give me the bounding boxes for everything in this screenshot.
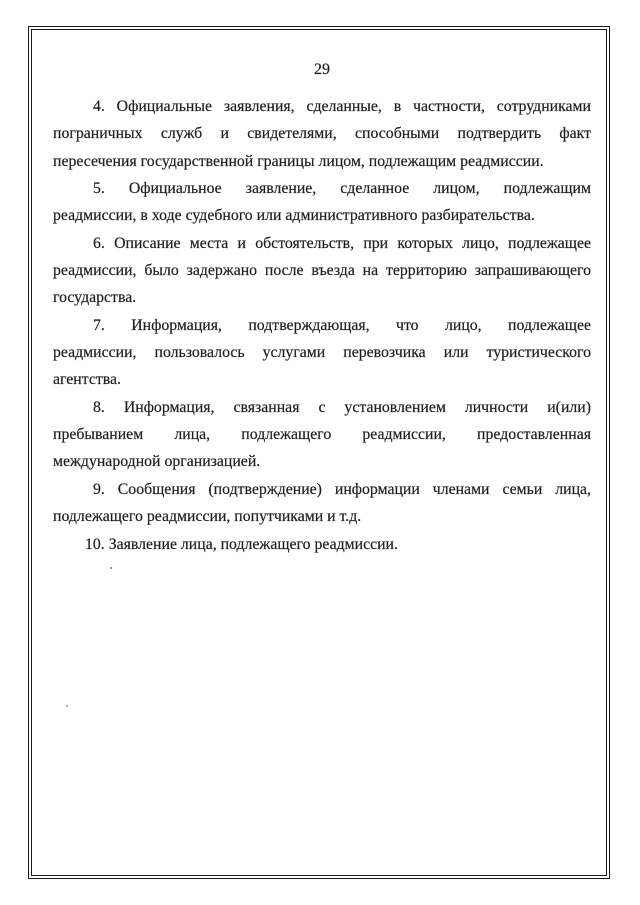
paragraph-item-9: 9. Сообщения (подтверждение) информации …	[53, 476, 591, 531]
text-line: 4. Официальные заявления, сделанные, в ч…	[53, 93, 591, 120]
paragraph-item-6: 6. Описание места и обстоятельств, при к…	[53, 230, 591, 312]
text-line: международной организацией.	[53, 448, 591, 475]
text-line: пересечения государственной границы лицо…	[53, 148, 591, 175]
text-line: пограничных служб и свидетелями, способн…	[53, 120, 591, 147]
text-line: реадмиссии, было задержано после въезда …	[53, 257, 591, 284]
text-line: государства.	[53, 284, 591, 311]
text-line: пребыванием лица, подлежащего реадмиссии…	[53, 421, 591, 448]
scan-artifact-speck	[110, 567, 112, 569]
text-line: 5. Официальное заявление, сделанное лицо…	[53, 175, 591, 202]
text-line: агентства.	[53, 366, 591, 393]
document-page: 29 4. Официальные заявления, сделанные, …	[0, 0, 640, 905]
paragraph-item-10: 10. Заявление лица, подлежащего реадмисс…	[53, 531, 591, 558]
text-line: 8. Информация, связанная с установлением…	[53, 394, 591, 421]
text-line: подлежащего реадмиссии, попутчиками и т.…	[53, 503, 591, 530]
document-body: 4. Официальные заявления, сделанные, в ч…	[53, 93, 591, 558]
page-number: 29	[53, 56, 591, 83]
paragraph-item-5: 5. Официальное заявление, сделанное лицо…	[53, 175, 591, 230]
scan-artifact-speck	[66, 705, 68, 707]
text-line: 7. Информация, подтверждающая, что лицо,…	[53, 312, 591, 339]
paragraph-item-4: 4. Официальные заявления, сделанные, в ч…	[53, 93, 591, 175]
text-line: 6. Описание места и обстоятельств, при к…	[53, 230, 591, 257]
text-line: реадмиссии, пользовалось услугами перево…	[53, 339, 591, 366]
text-line: реадмиссии, в ходе судебного или админис…	[53, 202, 591, 229]
paragraph-item-7: 7. Информация, подтверждающая, что лицо,…	[53, 312, 591, 394]
paragraph-item-8: 8. Информация, связанная с установлением…	[53, 394, 591, 476]
text-line: 9. Сообщения (подтверждение) информации …	[53, 476, 591, 503]
text-line: 10. Заявление лица, подлежащего реадмисс…	[53, 531, 591, 558]
